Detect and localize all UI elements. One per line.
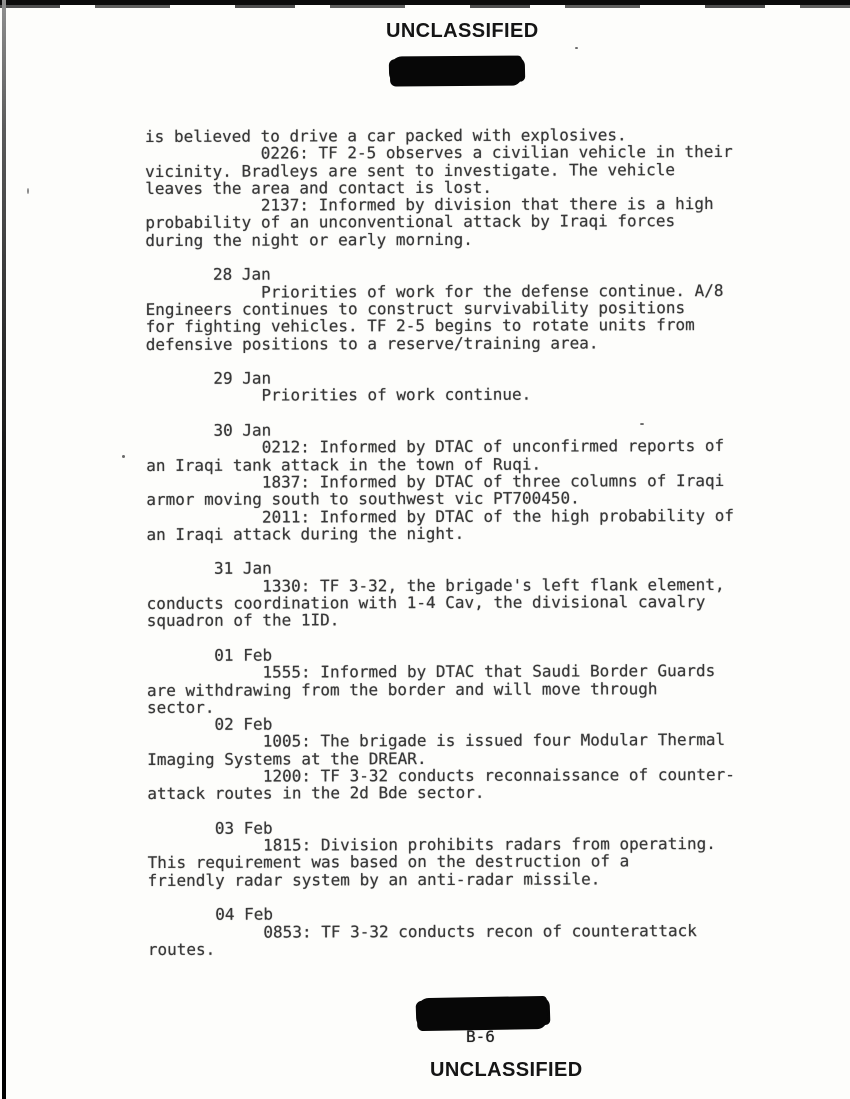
redaction-bar-top <box>389 57 525 85</box>
log-line: routes. <box>148 939 736 958</box>
log-line: This requirement was based on the destru… <box>148 852 736 871</box>
log-line: probability of an unconventional attack … <box>145 212 733 231</box>
classification-footer: UNCLASSIFIED <box>430 1060 583 1080</box>
scan-speck <box>640 423 644 425</box>
log-line: squadron of the 1ID. <box>147 610 735 629</box>
log-line: attack routes in the 2d Bde sector. <box>147 783 735 802</box>
log-line: defensive positions to a reserve/trainin… <box>146 334 734 353</box>
log-line: 1005: The brigade is issued four Modular… <box>147 731 735 750</box>
chronology-text: is believed to drive a car packed with e… <box>145 126 736 958</box>
log-line: 0853: TF 3-32 conducts recon of countera… <box>148 922 736 941</box>
log-line: during the night or early morning. <box>145 230 733 249</box>
log-line: friendly radar system by an anti-radar m… <box>148 870 736 889</box>
scan-speck <box>27 188 29 194</box>
log-line: conducts coordination with 1-4 Cav, the … <box>147 593 735 612</box>
page-number: B-6 <box>466 1027 495 1046</box>
log-line: Priorities of work continue. <box>146 385 734 404</box>
classification-header: UNCLASSIFIED <box>386 21 539 41</box>
scan-border-left <box>2 0 6 1099</box>
blank-line <box>146 541 734 560</box>
scan-speck <box>575 47 578 49</box>
redaction-bar-bottom <box>416 997 551 1029</box>
blank-line <box>146 403 734 422</box>
log-line: are withdrawing from the border and will… <box>147 679 735 698</box>
blank-line <box>146 351 734 370</box>
scan-speck <box>122 455 125 458</box>
log-line: 2011: Informed by DTAC of the high proba… <box>146 506 734 525</box>
blank-line <box>145 247 733 266</box>
blank-line <box>147 628 735 647</box>
log-line: an Iraqi attack during the night. <box>146 524 734 543</box>
scan-border-top <box>0 0 850 5</box>
log-line: for fighting vehicles. TF 2-5 begins to … <box>146 316 734 335</box>
blank-line <box>147 801 735 820</box>
blank-line <box>148 887 736 906</box>
log-line: 0212: Informed by DTAC of unconfirmed re… <box>146 437 734 456</box>
document-page: UNCLASSIFIED is believed to drive a car … <box>0 0 850 1099</box>
